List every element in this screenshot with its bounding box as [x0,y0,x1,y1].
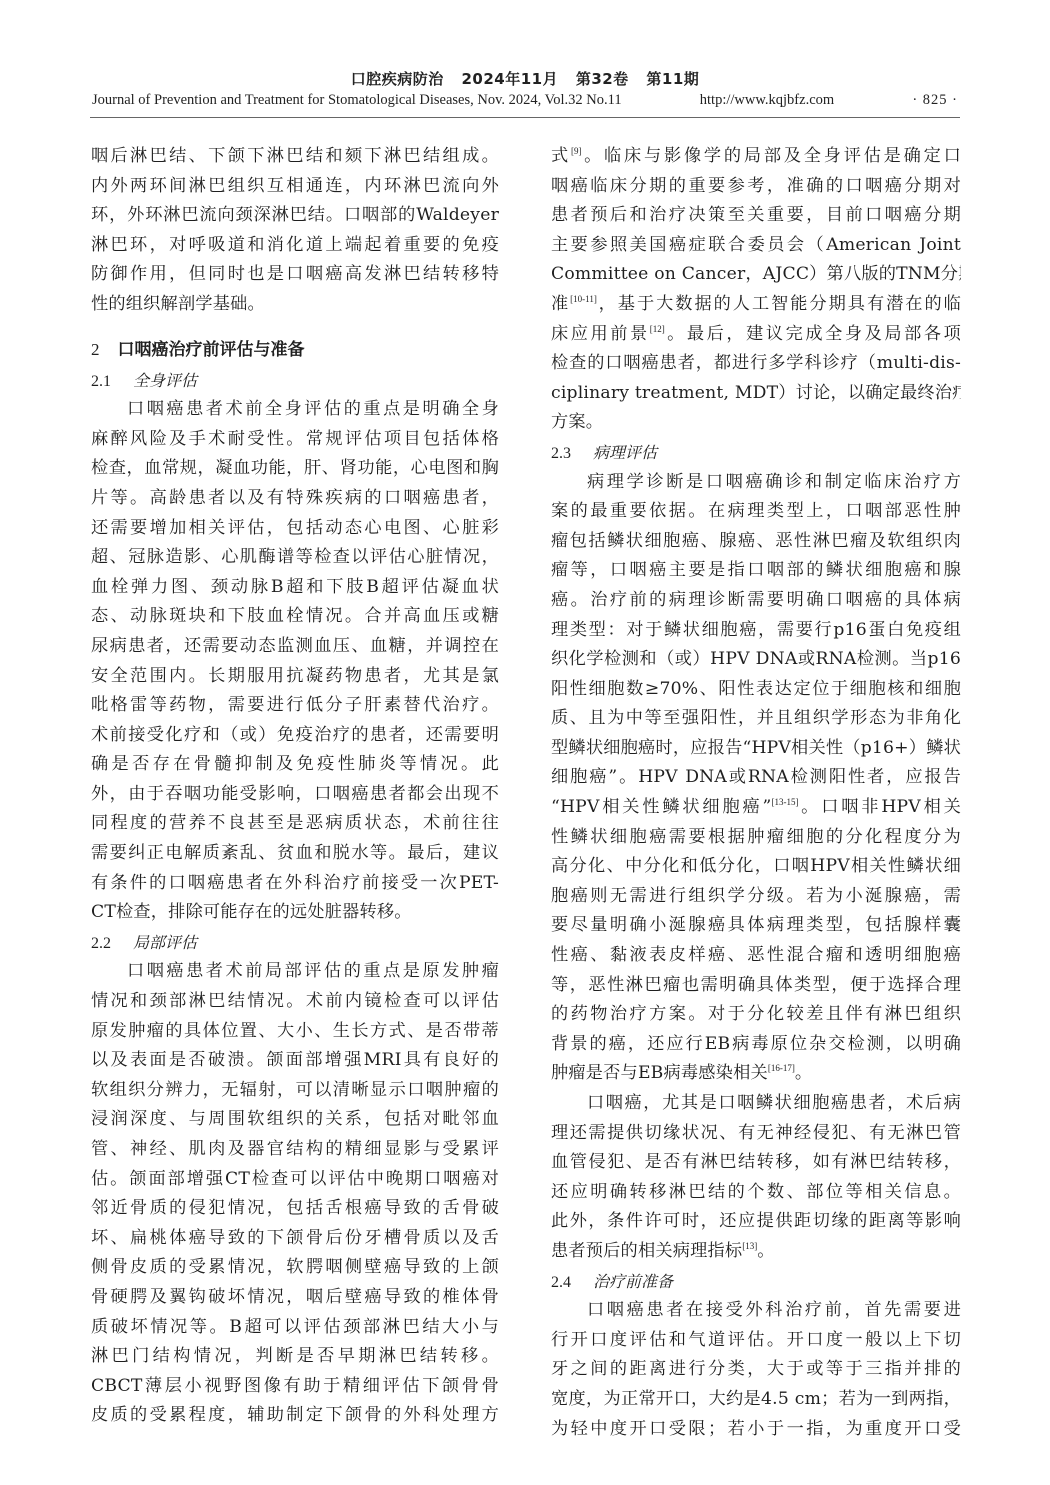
line-text: 口咽癌，尤其是口咽鳞状细胞癌患者，术后病 [587,1093,961,1113]
line-text: 检查的口咽癌患者，都进行多学科诊疗（multi-dis- [551,353,961,373]
section-number: 2 [91,340,100,359]
text-line: 胞癌则无需进行组织学分级。若为小涎腺癌，需 [551,882,961,912]
text-line: 检查的口咽癌患者，都进行多学科诊疗（multi-dis- [551,349,961,379]
line-text: 行开口度评估和气道评估。开口度一般以上下切 [551,1330,961,1350]
line-text: 口咽癌患者在接受外科治疗前，首先需要进 [587,1300,961,1320]
text-line: 案的最重要依据。在病理类型上，口咽部恶性肿 [551,497,961,527]
text-line: 牙之间的距离进行分类，大于或等于三指并排的 [551,1355,961,1385]
text-line: 同程度的营养不良甚至是恶病质状态，术前往往 [91,809,499,839]
text-line: 麻醉风险及手术耐受性。常规评估项目包括体格 [91,425,499,455]
citation-reference[interactable]: [9] [571,146,582,156]
line-text: 方案。 [551,412,603,432]
paragraph-2-2-continued: 式[9]。临床与影像学的局部及全身评估是确定口咽癌临床分期的重要参考，准确的口咽… [551,142,961,438]
line-text: 。 [757,1241,774,1261]
line-text: 床应用前景 [551,324,650,344]
line-text: 高分化、中分化和低分化，口咽HPV相关性鳞状细 [551,856,961,876]
text-line: 癌。治疗前的病理诊断需要明确口咽癌的具体病 [551,586,961,616]
line-text: 细胞癌”。HPV DNA或RNA检测阳性者，应报告 [551,767,961,787]
line-text: 瘤等，口咽癌主要是指口咽部的鳞状细胞癌和腺 [551,560,961,580]
text-line: 背景的癌，还应行EB病毒原位杂交检测，以明确 [551,1030,961,1060]
subsection-number: 2.4 [551,1274,571,1291]
left-column: 咽后淋巴结、下颌下淋巴结和颏下淋巴结组成。内外两环间淋巴组织互相通连，内环淋巴流… [91,142,499,1431]
text-line: 咽癌临床分期的重要参考，准确的口咽癌分期对 [551,172,961,202]
line-text: 胞癌则无需进行组织学分级。若为小涎腺癌，需 [551,886,961,906]
text-line: 理类型：对于鳞状细胞癌，需要行p16蛋白免疫组 [551,616,961,646]
line-text: 。 [795,1063,812,1083]
citation-reference[interactable]: [13-15] [772,797,799,807]
text-line: 床应用前景[12]。最后，建议完成全身及局部各项 [551,320,961,350]
line-text: 准 [551,294,570,314]
text-line: 口咽癌患者在接受外科治疗前，首先需要进 [551,1296,961,1326]
section-heading-2: 2口咽癌治疗前评估与准备 [91,334,499,366]
text-line: 质、且为中等至强阳性，并且组织学形态为非角化 [551,704,961,734]
text-line: 吡格雷等药物，需要进行低分子肝素替代治疗。 [91,691,499,721]
line-text: 血管侵犯、是否有淋巴结转移，如有淋巴结转移， [551,1152,961,1172]
text-line: ciplinary treatment, MDT）讨论，以确定最终治疗 [551,379,961,409]
text-line: CT检查，排除可能存在的远处脏器转移。 [91,898,499,928]
line-text: “HPV相关性鳞状细胞癌” [551,797,772,817]
text-line: 管、神经、肌肉及器官结构的精细显影与受累评 [91,1135,499,1165]
line-text: 性癌、黏液表皮样癌、恶性混合瘤和透明细胞癌 [551,945,961,965]
text-line: 检查，血常规，凝血功能，肝、肾功能，心电图和胸 [91,454,499,484]
text-line: CBCT薄层小视野图像有助于精细评估下颌骨骨 [91,1372,499,1402]
text-line: 此外，条件许可时，还应提供距切缘的距离等影响 [551,1207,961,1237]
text-line: 口咽癌，尤其是口咽鳞状细胞癌患者，术后病 [551,1089,961,1119]
text-line: 外，由于吞咽功能受影响，口咽癌患者都会出现不 [91,780,499,810]
line-text: 还应明确转移淋巴结的个数、部位等相关信息。 [551,1182,961,1202]
text-line: 为轻中度开口受限；若小于一指，为重度开口受 [551,1415,961,1445]
text-line: 等，恶性淋巴瘤也需明确具体类型，便于选择合理 [551,971,961,1001]
text-line: 还需要增加相关评估，包括动态心电图、心脏彩 [91,514,499,544]
section-gap [91,320,499,334]
text-line: 肿瘤是否与EB病毒感染相关[16-17]。 [551,1059,961,1089]
text-line: 口咽癌患者术前全身评估的重点是明确全身 [91,395,499,425]
text-line: 坏、扁桃体癌导致的下颌骨后份牙槽骨质以及舌 [91,1224,499,1254]
subsection-heading-2-2: 2.2局部评估 [91,928,499,958]
line-text: ciplinary treatment, MDT）讨论，以确定最终治疗 [551,383,961,403]
line-text: 癌。治疗前的病理诊断需要明确口咽癌的具体病 [551,590,961,610]
text-line: 安全范围内。长期服用抗凝药物患者，尤其是氯 [91,662,499,692]
text-line: 瘤等，口咽癌主要是指口咽部的鳞状细胞癌和腺 [551,556,961,586]
running-header-en: Journal of Prevention and Treatment for … [92,92,958,109]
line-text: 织化学检测和（或）HPV DNA或RNA检测。当p16 [551,649,961,669]
running-header-cn: 口腔疾病防治 2024年11月 第32卷 第11期 [0,68,1050,89]
page-number: · 825 · [912,92,958,109]
line-text: Committee on Cancer，AJCC）第八版的TNM分期标 [551,264,961,284]
citation-reference[interactable]: [13] [742,1241,757,1251]
text-line: 宽度，为正常开口，大约是4.5 cm；若为一到两指， [551,1385,961,1415]
citation-reference[interactable]: [12] [650,324,665,334]
right-column: 式[9]。临床与影像学的局部及全身评估是确定口咽癌临床分期的重要参考，准确的口咽… [551,142,961,1444]
line-text: 案的最重要依据。在病理类型上，口咽部恶性肿 [551,501,961,521]
text-line: 需要纠正电解质紊乱、贫血和脱水等。最后，建议 [91,839,499,869]
header-divider [90,117,960,118]
text-line: 术前接受化疗和（或）免疫治疗的患者，还需要明 [91,721,499,751]
text-line: 确是否存在骨髓抑制及免疫性肺炎等情况。此 [91,750,499,780]
text-line: 口咽癌患者术前局部评估的重点是原发肿瘤 [91,957,499,987]
paragraph-2-4: 口咽癌患者在接受外科治疗前，首先需要进行开口度评估和气道评估。开口度一般以上下切… [551,1296,961,1444]
paragraph-2-3a: 病理学诊断是口咽癌确诊和制定临床治疗方案的最重要依据。在病理类型上，口咽部恶性肿… [551,468,961,1089]
text-line: 尿病患者，还需要动态监测血压、血糖，并调控在 [91,632,499,662]
text-line: 淋巴环，对呼吸道和消化道上端起着重要的免疫 [91,231,499,261]
subsection-number: 2.2 [91,935,111,952]
text-line: 瘤包括鳞状细胞癌、腺癌、恶性淋巴瘤及软组织肉 [551,527,961,557]
text-line: 有条件的口咽癌患者在外科治疗前接受一次PET- [91,869,499,899]
subsection-heading-2-3: 2.3病理评估 [551,438,961,468]
section-title: 口咽癌治疗前评估与准备 [118,340,305,360]
text-line: 血管侵犯、是否有淋巴结转移，如有淋巴结转移， [551,1148,961,1178]
text-line: Committee on Cancer，AJCC）第八版的TNM分期标 [551,260,961,290]
line-text: 瘤包括鳞状细胞癌、腺癌、恶性淋巴瘤及软组织肉 [551,531,961,551]
subsection-number: 2.3 [551,445,571,462]
text-line: 型鳞状细胞癌时，应报告“HPV相关性（p16+）鳞状 [551,734,961,764]
line-text: 主要参照美国癌症联合委员会（American Joint [551,235,961,255]
text-line: 片等。高龄患者以及有特殊疾病的口咽癌患者， [91,484,499,514]
line-text: 患者预后和治疗决策至关重要，目前口咽癌分期 [551,205,961,225]
subsection-title: 局部评估 [133,933,197,952]
citation-reference[interactable]: [10-11] [570,294,597,304]
line-text: 为轻中度开口受限；若小于一指，为重度开口受 [551,1419,961,1439]
paragraph-2-1: 口咽癌患者术前全身评估的重点是明确全身麻醉风险及手术耐受性。常规评估项目包括体格… [91,395,499,928]
text-line: 软组织分辨力，无辐射，可以清晰显示口咽肿瘤的 [91,1076,499,1106]
text-line: 织化学检测和（或）HPV DNA或RNA检测。当p16 [551,645,961,675]
text-line: 阳性细胞数≥70%、阳性表达定位于细胞核和细胞 [551,675,961,705]
text-line: 主要参照美国癌症联合委员会（American Joint [551,231,961,261]
line-text: 型鳞状细胞癌时，应报告“HPV相关性（p16+）鳞状 [551,738,961,758]
line-text: 背景的癌，还应行EB病毒原位杂交检测，以明确 [551,1034,961,1054]
journal-title-cn: 口腔疾病防治 [351,70,444,88]
text-line: 超、冠脉造影、心肌酶谱等检查以评估心脏情况， [91,543,499,573]
text-line: 患者预后的相关病理指标[13]。 [551,1237,961,1267]
text-line: 理还需提供切缘状况、有无神经侵犯、有无淋巴管 [551,1119,961,1149]
line-text: 阳性细胞数≥70%、阳性表达定位于细胞核和细胞 [551,679,961,699]
line-text: 病理学诊断是口咽癌确诊和制定临床治疗方 [587,472,961,492]
text-line: 防御作用，但同时也是口咽癌高发淋巴结转移特 [91,260,499,290]
line-text: 此外，条件许可时，还应提供距切缘的距离等影响 [551,1211,961,1231]
line-text: 的药物治疗方案。对于分化较差且伴有淋巴组织 [551,1004,961,1024]
text-line: 邻近骨质的侵犯情况，包括舌根癌导致的舌骨破 [91,1194,499,1224]
text-line: 原发肿瘤的具体位置、大小、生长方式、是否带蒂 [91,1017,499,1047]
text-line: 血栓弹力图、颈动脉B超和下肢B超评估凝血状 [91,573,499,603]
line-text: 牙之间的距离进行分类，大于或等于三指并排的 [551,1359,961,1379]
line-text: 式 [551,146,571,166]
text-line: 骨硬腭及翼钩破坏情况，咽后壁癌导致的椎体骨 [91,1283,499,1313]
line-text: 。口咽非HPV相关 [799,797,961,817]
paragraph-2-3b: 口咽癌，尤其是口咽鳞状细胞癌患者，术后病理还需提供切缘状况、有无神经侵犯、有无淋… [551,1089,961,1267]
text-line: 性癌、黏液表皮样癌、恶性混合瘤和透明细胞癌 [551,941,961,971]
text-line: 情况和颈部淋巴结情况。术前内镜检查可以评估 [91,987,499,1017]
volume-cn: 第32卷 [576,70,629,88]
text-line: 浸润深度、与周围软组织的关系，包括对毗邻血 [91,1105,499,1135]
text-line: 准[10-11]，基于大数据的人工智能分期具有潜在的临 [551,290,961,320]
text-line: 要尽量明确小涎腺癌具体病理类型，包括腺样囊 [551,911,961,941]
text-line: 的药物治疗方案。对于分化较差且伴有淋巴组织 [551,1000,961,1030]
text-line: 病理学诊断是口咽癌确诊和制定临床治疗方 [551,468,961,498]
line-text: 等，恶性淋巴瘤也需明确具体类型，便于选择合理 [551,975,961,995]
text-line: 患者预后和治疗决策至关重要，目前口咽癌分期 [551,201,961,231]
paragraph-intro: 咽后淋巴结、下颌下淋巴结和颏下淋巴结组成。内外两环间淋巴组织互相通连，内环淋巴流… [91,142,499,320]
text-line: 方案。 [551,408,961,438]
text-line: 行开口度评估和气道评估。开口度一般以上下切 [551,1326,961,1356]
text-line: 侧骨皮质的受累情况，软腭咽侧壁癌导致的上颌 [91,1253,499,1283]
line-text: 。临床与影像学的局部及全身评估是确定口 [581,146,961,166]
issue-date-cn: 2024年11月 [461,70,558,88]
line-text: 理还需提供切缘状况、有无神经侵犯、有无淋巴管 [551,1123,961,1143]
subsection-title: 治疗前准备 [593,1272,673,1291]
text-line: 咽后淋巴结、下颌下淋巴结和颏下淋巴结组成。 [91,142,499,172]
line-text: 咽癌临床分期的重要参考，准确的口咽癌分期对 [551,176,961,196]
subsection-heading-2-1: 2.1全身评估 [91,366,499,396]
text-line: 环，外环淋巴流向颈深淋巴结。口咽部的Waldeyer [91,201,499,231]
text-line: 内外两环间淋巴组织互相通连，内环淋巴流向外 [91,172,499,202]
text-line: 估。颌面部增强CT检查可以评估中晚期口咽癌对 [91,1165,499,1195]
subsection-number: 2.1 [91,373,111,390]
text-line: 性的组织解剖学基础。 [91,290,499,320]
line-text: ，基于大数据的人工智能分期具有潜在的临 [597,294,961,314]
line-text: 肿瘤是否与EB病毒感染相关 [551,1063,768,1083]
text-line: 以及表面是否破溃。颌面部增强MRI具有良好的 [91,1046,499,1076]
line-text: 。最后，建议完成全身及局部各项 [665,324,961,344]
text-line: 高分化、中分化和低分化，口咽HPV相关性鳞状细 [551,852,961,882]
paragraph-2-2: 口咽癌患者术前局部评估的重点是原发肿瘤情况和颈部淋巴结情况。术前内镜检查可以评估… [91,957,499,1431]
line-text: 患者预后的相关病理指标 [551,1241,742,1261]
line-text: 质、且为中等至强阳性，并且组织学形态为非角化 [551,708,961,728]
line-text: 理类型：对于鳞状细胞癌，需要行p16蛋白免疫组 [551,620,961,640]
subsection-title: 全身评估 [133,371,197,390]
text-line: 皮质的受累程度，辅助制定下颌骨的外科处理方 [91,1401,499,1431]
text-line: 质破坏情况等。B超可以评估颈部淋巴结大小与 [91,1313,499,1343]
text-line: 细胞癌”。HPV DNA或RNA检测阳性者，应报告 [551,763,961,793]
line-text: 要尽量明确小涎腺癌具体病理类型，包括腺样囊 [551,915,961,935]
line-text: 宽度，为正常开口，大约是4.5 cm；若为一到两指， [551,1389,961,1409]
citation-reference[interactable]: [16-17] [768,1063,795,1073]
text-line: 态、动脉斑块和下肢血栓情况。合并高血压或糖 [91,602,499,632]
subsection-heading-2-4: 2.4治疗前准备 [551,1267,961,1297]
journal-title-en: Journal of Prevention and Treatment for … [92,92,622,109]
text-line: “HPV相关性鳞状细胞癌”[13-15]。口咽非HPV相关 [551,793,961,823]
text-line: 还应明确转移淋巴结的个数、部位等相关信息。 [551,1178,961,1208]
text-line: 性鳞状细胞癌需要根据肿瘤细胞的分化程度分为 [551,823,961,853]
journal-url: http://www.kqjbfz.com [700,92,834,109]
text-line: 式[9]。临床与影像学的局部及全身评估是确定口 [551,142,961,172]
line-text: 性鳞状细胞癌需要根据肿瘤细胞的分化程度分为 [551,827,961,847]
text-line: 淋巴门结构情况，判断是否早期淋巴结转移。 [91,1342,499,1372]
issue-cn: 第11期 [646,70,699,88]
subsection-title: 病理评估 [593,443,657,462]
